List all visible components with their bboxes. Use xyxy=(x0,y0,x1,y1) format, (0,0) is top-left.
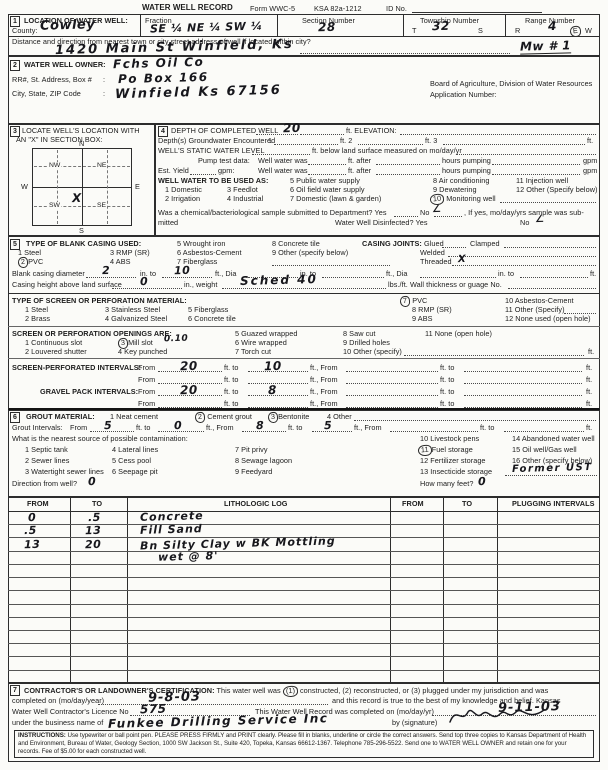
screen-7-circled-number: 7 xyxy=(400,296,411,308)
divider-line xyxy=(140,14,141,36)
dotted-line xyxy=(274,144,338,145)
opening-option-1: 1 Continuous slot xyxy=(25,339,82,347)
use-10-label: Monitoring well xyxy=(446,194,495,203)
colon: : xyxy=(103,76,105,84)
log-header-from: FROM xyxy=(27,500,49,508)
ft-dia-label: ft., Dia xyxy=(386,270,408,278)
grout-option-3: 3Bentonite xyxy=(268,412,309,423)
dotted-line xyxy=(492,164,580,165)
ft-to-label: ft. to xyxy=(440,388,455,396)
contamination-option-14: 14 Abandoned water well xyxy=(512,435,595,443)
wall-thickness-label: lbs./ft. Wall thickness or guage No. xyxy=(388,281,502,289)
dotted-line xyxy=(322,277,384,278)
opening-option-10: 10 Other (specify) xyxy=(343,348,402,356)
ft-label: ft. xyxy=(586,400,592,408)
range-e-label: E xyxy=(570,26,581,37)
ft-label: ft. xyxy=(586,364,592,372)
dotted-line xyxy=(98,704,328,705)
groundwater-1-label: 1 xyxy=(268,137,272,145)
blank-casing-diameter-label: Blank casing diameter xyxy=(12,270,85,278)
static-water-level-tail-label: ft. below land surface measured on mo/da… xyxy=(312,147,462,155)
hours-pumping-label: hours pumping xyxy=(442,157,491,165)
board-of-agriculture-label: Board of Agriculture, Division of Water … xyxy=(430,80,592,88)
disinfected-no-label: No xyxy=(520,219,529,227)
ft-label: ft. xyxy=(590,270,596,278)
dotted-line xyxy=(190,174,216,175)
use-option-5: 5 Public water supply xyxy=(290,177,360,185)
static-water-level-label: WELL'S STATIC WATER LEVEL xyxy=(158,147,265,155)
in-to-label: in. to xyxy=(498,270,514,278)
sample-question-tail-label: , If yes, mo/day/yrs sample was sub- xyxy=(464,209,584,217)
screen-option-5: 5 Fiberglass xyxy=(188,306,228,314)
business-name-label: under the business name of xyxy=(12,719,103,727)
use-option-8: 8 Air conditioning xyxy=(433,177,489,185)
dotted-line xyxy=(420,277,496,278)
contamination-11-circled-number: 11 xyxy=(418,444,433,456)
signature xyxy=(448,704,548,726)
well-id-value: Mw # 1 xyxy=(520,39,571,54)
range-e-circled: E xyxy=(570,26,582,38)
contamination-option-12: 12 Fertilizer storage xyxy=(420,457,486,465)
dotted-line xyxy=(520,277,588,278)
casing-option-6: 6 Asbestos-Cement xyxy=(177,249,242,257)
divider-line xyxy=(403,14,404,36)
dotted-line xyxy=(434,216,462,217)
range-r-label: R xyxy=(515,27,520,35)
ft-to-label: ft. to xyxy=(224,376,239,384)
gravel-interval-from-value: 20 xyxy=(180,384,198,396)
opening-3-label: Mill slot xyxy=(128,338,153,347)
section2-heading: WATER WELL OWNER: xyxy=(24,61,106,69)
table-row-line xyxy=(8,604,600,605)
grout-3-label: Bentonite xyxy=(278,412,309,421)
from-label: From xyxy=(138,388,155,396)
dotted-line xyxy=(308,164,346,165)
gpm-label: gpm xyxy=(583,157,597,165)
dotted-line xyxy=(464,371,582,372)
divider-line xyxy=(505,14,506,36)
direction-from-well-value: 0 xyxy=(88,476,96,487)
dotted-line xyxy=(346,395,438,396)
instructions-line2: and Environment, Bureau of Water, Geolog… xyxy=(18,741,567,748)
instructions-line1-text: Use typewriter or ball point pen. PLEASE… xyxy=(68,732,587,739)
screen-openings-heading: SCREEN OR PERFORATION OPENINGS ARE: xyxy=(12,330,172,338)
dotted-line xyxy=(376,174,440,175)
use-option-7: 7 Domestic (lawn & garden) xyxy=(290,195,381,203)
screen-option-10: 10 Asbestos-Cement xyxy=(505,297,574,305)
table-row-line xyxy=(8,577,600,578)
ksa-number: KSA 82a-1212 xyxy=(314,5,362,13)
contamination-11-label: Fuel storage xyxy=(432,445,473,454)
contamination-option-6: 6 Seepage pit xyxy=(112,468,158,476)
depth-completed-well-value: 20 xyxy=(283,122,301,134)
owner-address-label: RR#, St. Address, Box # xyxy=(12,76,92,84)
instructions-heading: INSTRUCTIONS: xyxy=(18,732,66,739)
sample-question-label: Was a chemical/bacteriological sample su… xyxy=(158,209,387,217)
from-label: From xyxy=(138,400,155,408)
log-row-from: .5 xyxy=(24,525,37,536)
groundwater-3-label: ft. 3 xyxy=(425,137,437,145)
screen-interval-to-value: 10 xyxy=(264,360,282,372)
gravel-interval-to-value: 8 xyxy=(268,384,277,396)
log-row-from: 13 xyxy=(24,539,41,550)
dotted-line xyxy=(248,395,308,396)
use-option-3: 3 Feedlot xyxy=(227,186,258,194)
contamination-option-9: 9 Feedyard xyxy=(235,468,272,476)
county-label: County: xyxy=(12,27,38,35)
dotted-line xyxy=(404,355,584,356)
pump-test-data-label: Pump test data: xyxy=(198,157,250,165)
screen-option-3: 3 Stainless Steel xyxy=(105,306,160,314)
casing-joints-label: CASING JOINTS: Glued xyxy=(362,240,444,248)
township-s-label: S xyxy=(478,27,483,35)
township-t-label: T xyxy=(412,27,417,35)
dotted-line xyxy=(464,395,582,396)
screen-interval-from-value: 20 xyxy=(180,360,198,372)
use-option-4: 4 Industrial xyxy=(227,195,263,203)
ft-label: ft. xyxy=(586,388,592,396)
contamination-option-7: 7 Pit privy xyxy=(235,446,268,454)
ft-label: ft. xyxy=(586,376,592,384)
dotted-line xyxy=(248,383,308,384)
plug-header-to: TO xyxy=(462,500,472,508)
ft-after-label: ft. after xyxy=(348,167,371,175)
dotted-line xyxy=(500,202,596,203)
ft-to-label: ft. to xyxy=(224,400,239,408)
section2-number: 2 xyxy=(10,60,20,71)
dotted-line xyxy=(252,154,310,155)
instructions-line1: INSTRUCTIONS: Use typewriter or ball poi… xyxy=(18,733,586,740)
casing-option-9: 9 Other (specify below) xyxy=(272,249,348,257)
from-label: From xyxy=(138,376,155,384)
owner-address-value: Po Box 166 xyxy=(118,71,209,85)
use-option-11: 11 Injection well xyxy=(516,177,568,185)
ft-from-label: ft., From xyxy=(206,424,234,432)
casing-diameter-value: 2 xyxy=(102,265,110,276)
compass-w-label: W xyxy=(21,183,28,191)
glued-label: Glued xyxy=(424,239,444,248)
divider-line xyxy=(8,293,600,294)
how-many-feet-label: How many feet? xyxy=(420,480,473,488)
how-many-feet-value: 0 xyxy=(478,476,486,487)
divider-line xyxy=(277,14,278,36)
opening-option-6: 6 Wire wrapped xyxy=(235,339,287,347)
opening-option-4: 4 Key punched xyxy=(118,348,167,356)
colon: : xyxy=(103,90,105,98)
quadrant-se-label: SE xyxy=(96,202,107,209)
opening-option-5: 5 Guazed wrapped xyxy=(235,330,297,338)
dotted-line xyxy=(504,247,596,248)
table-row-line xyxy=(8,656,600,657)
licence-number-value: 575 xyxy=(140,703,167,716)
dotted-line xyxy=(300,53,510,54)
dotted-line xyxy=(300,134,344,135)
clamped-label: Clamped xyxy=(470,240,500,248)
ft-from-label: ft., From xyxy=(310,364,338,372)
fraction-value: SE ¼ NE ¼ SW ¼ xyxy=(150,21,263,35)
grout-interval2-from-value: 8 xyxy=(256,420,264,431)
owner-city-label: City, State, ZIP Code xyxy=(12,90,81,98)
slot-size-value: 0.10 xyxy=(164,335,188,345)
grout-option-1: 1 Neat cement xyxy=(110,413,158,421)
completed-on-label: completed on (mo/day/year) xyxy=(12,697,104,705)
compass-n-label: N xyxy=(79,140,84,148)
disinfected-no-mark: ∠ xyxy=(535,215,545,225)
id-no-blank-line xyxy=(412,12,542,13)
grout-2-circled-number: 2 xyxy=(195,412,206,424)
use-option-2: 2 Irrigation xyxy=(165,195,200,203)
casing-weight-value: Sched 40 xyxy=(240,273,318,287)
form-number: Form WWC-5 xyxy=(250,5,295,13)
ft-after-label: ft. after xyxy=(348,157,371,165)
contamination-question-label: What is the nearest source of possible c… xyxy=(12,435,188,443)
screen-option-8: 8 RMP (SR) xyxy=(412,306,452,314)
use-option-12: 12 Other (Specify below) xyxy=(516,186,598,194)
elevation-label: ft. ELEVATION: xyxy=(346,127,397,135)
direction-from-well-label: Direction from well? xyxy=(12,480,77,488)
contamination-option-10: 10 Livestock pens xyxy=(420,435,479,443)
contamination-option-15: 15 Oil well/Gas well xyxy=(512,446,577,454)
casing-height-label: Casing height above land surface xyxy=(12,281,122,289)
casing-joints-heading: CASING JOINTS: xyxy=(362,239,422,248)
dotted-line xyxy=(158,407,222,408)
well-water-was-label: Well water was xyxy=(258,167,308,175)
ft-dia-label: ft., Dia xyxy=(215,270,237,278)
grout-material-heading: GROUT MATERIAL: xyxy=(26,413,95,421)
divider-line xyxy=(8,326,600,327)
grid-center-horizontal-line xyxy=(32,187,132,188)
use-option-6: 6 Oil field water supply xyxy=(290,186,365,194)
dotted-line xyxy=(86,277,136,278)
dotted-line xyxy=(346,407,438,408)
screen-material-heading: TYPE OF SCREEN OR PERFORATION MATERIAL: xyxy=(12,297,187,305)
table-row-line xyxy=(8,643,600,644)
dotted-line xyxy=(442,247,466,248)
dotted-line xyxy=(508,288,596,289)
ft-from-label: ft., From xyxy=(354,424,382,432)
quadrant-ne-label: NE xyxy=(96,162,107,169)
grout-interval2-to-value: 5 xyxy=(324,420,332,431)
screen-option-1: 1 Steel xyxy=(25,306,48,314)
screen-option-6: 6 Concrete tile xyxy=(188,315,236,323)
groundwater-encountered-label: Depth(s) Groundwater Encountered xyxy=(158,137,275,145)
table-row-line xyxy=(8,670,600,671)
contamination-option-1: 1 Septic tank xyxy=(25,446,68,454)
casing-option-2: 2PVC xyxy=(18,257,43,268)
gpm-label: gpm xyxy=(583,167,597,175)
sample-question-wrap-label: mitted xyxy=(158,219,178,227)
log-row-to: 13 xyxy=(85,525,102,536)
compass-e-label: E xyxy=(135,183,140,191)
casing-option-1: 1 Steel xyxy=(18,249,41,257)
use-option-1: 1 Domestic xyxy=(165,186,202,194)
dotted-line xyxy=(222,288,386,289)
contamination-other-value: Former UST xyxy=(512,463,593,475)
dotted-line xyxy=(452,265,596,266)
screen-option-2: 2 Brass xyxy=(25,315,50,323)
opening-option-9: 9 Drilled holes xyxy=(343,339,390,347)
certification-line1b: constructed, (2) reconstructed, or (3) p… xyxy=(300,686,548,695)
dotted-line xyxy=(400,134,596,135)
form-title: WATER WELL RECORD xyxy=(142,4,233,13)
screen-option-11: 11 Other (Specify) xyxy=(505,306,565,314)
range-w-label: W xyxy=(585,27,592,35)
gpm-colon-label: gpm: xyxy=(218,167,234,175)
opening-option-8: 8 Saw cut xyxy=(343,330,376,338)
ft-from-label: ft., From xyxy=(310,400,338,408)
log-row-to: .5 xyxy=(88,512,101,523)
log-header-lithologic: LITHOLOGIC LOG xyxy=(224,500,288,508)
by-signature-label: by (signature) xyxy=(392,719,437,727)
sample-no-mark: ∠ xyxy=(432,205,442,215)
owner-value: Fchs Oil Co xyxy=(113,56,205,70)
dotted-line xyxy=(272,265,390,266)
log-row-from: 0 xyxy=(28,512,36,523)
casing-2-label: PVC xyxy=(28,257,43,266)
dotted-line xyxy=(394,216,418,217)
id-no-label: ID No. xyxy=(386,5,407,13)
table-row-line xyxy=(8,630,600,631)
ft-to-label: ft. to xyxy=(440,376,455,384)
ft-from-label: ft., From xyxy=(310,376,338,384)
certification-line1a: This water well was xyxy=(217,686,281,695)
casing-option-5: 5 Wrought iron xyxy=(177,240,225,248)
threaded-x-mark: X xyxy=(458,255,466,265)
dotted-line xyxy=(376,164,440,165)
grout-interval1-from-value: 5 xyxy=(104,420,112,431)
well-water-was-label: Well water was xyxy=(258,157,308,165)
quadrant-nw-label: NW xyxy=(48,162,61,169)
dotted-line xyxy=(456,154,596,155)
ft-to-label: ft. to xyxy=(224,388,239,396)
grout-interval1-to-value: 0 xyxy=(174,420,182,431)
dotted-line xyxy=(492,174,580,175)
contamination-option-11: 11Fuel storage xyxy=(418,445,473,456)
opening-option-2: 2 Louvered shutter xyxy=(25,348,87,356)
in-weight-label: in., weight xyxy=(184,281,217,289)
dotted-line xyxy=(464,407,582,408)
screen-7-label: PVC xyxy=(412,296,427,305)
ft-to-label: ft. to xyxy=(480,424,495,432)
blank-casing-heading: TYPE OF BLANK CASING USED: xyxy=(26,240,141,248)
dotted-line xyxy=(504,431,584,432)
section7-number: 7 xyxy=(10,685,20,696)
opening-option-11: 11 None (open hole) xyxy=(425,330,492,338)
screen-option-9: 9 ABS xyxy=(412,315,433,323)
casing-option-4: 4 ABS xyxy=(110,258,131,266)
dotted-line xyxy=(354,420,596,421)
ft-to-label: ft. to xyxy=(288,424,303,432)
dotted-line xyxy=(308,174,346,175)
quadrant-sw-label: SW xyxy=(48,202,61,209)
opening-option-7: 7 Torch cut xyxy=(235,348,271,356)
ft-from-label: ft., From xyxy=(310,388,338,396)
county-value: Cowley xyxy=(40,18,96,32)
casing-option-8: 8 Concrete tile xyxy=(272,240,320,248)
dotted-line xyxy=(390,431,478,432)
disinfected-question-label: Water Well Disinfected? Yes xyxy=(335,219,428,227)
plug-header-from: FROM xyxy=(402,500,424,508)
application-number-label: Application Number: xyxy=(430,91,497,99)
township-value: 32 xyxy=(432,20,450,32)
ft-label: ft. xyxy=(586,424,592,432)
log-row-description: Concrete xyxy=(140,510,204,523)
contamination-option-5: 5 Cess pool xyxy=(112,457,151,465)
ft-label: ft. xyxy=(588,348,594,356)
contamination-option-4: 4 Lateral lines xyxy=(112,446,158,454)
dotted-line xyxy=(346,371,438,372)
welded-label: Welded xyxy=(420,249,445,257)
instructions-line3: records. Fee of $5.00 for each construct… xyxy=(18,749,146,756)
divider-line xyxy=(8,358,600,359)
gravel-pack-intervals-heading: GRAVEL PACK INTERVALS: xyxy=(40,388,138,396)
groundwater-2-label: ft. 2 xyxy=(340,137,352,145)
from-label: From xyxy=(138,364,155,372)
casing-height-value: 0 xyxy=(140,276,148,287)
log-header-plugging: PLUGGING INTERVALS xyxy=(512,500,595,508)
screen-perforated-intervals-heading: SCREEN-PERFORATED INTERVALS: xyxy=(12,364,141,372)
water-well-record-form: WATER WELL RECORD Form WWC-5 KSA 82a-121… xyxy=(0,0,608,770)
contamination-option-2: 2 Sewer lines xyxy=(25,457,69,465)
well-water-used-as-heading: WELL WATER TO BE USED AS: xyxy=(158,177,268,185)
table-row-line xyxy=(8,617,600,618)
section-number-value: 28 xyxy=(318,21,336,33)
grout-2-label: Cement grout xyxy=(207,412,252,421)
contamination-option-8: 8 Sewage lagoon xyxy=(235,457,292,465)
constructed-circled-number: (1) xyxy=(282,685,298,697)
log-row-to: 20 xyxy=(85,539,102,550)
grout-3-circled-number: 3 xyxy=(268,412,279,424)
dotted-line xyxy=(358,144,423,145)
screen-option-4: 4 Galvanized Steel xyxy=(105,315,167,323)
dotted-line xyxy=(248,407,308,408)
range-value: 4 xyxy=(548,20,557,32)
grout-intervals-label: Grout Intervals: xyxy=(12,424,63,432)
screen-option-12: 12 None used (open hole) xyxy=(505,315,591,323)
dotted-line xyxy=(448,256,596,257)
table-row-line xyxy=(8,590,600,591)
ft-to-label: ft. to xyxy=(440,400,455,408)
casing-option-3: 3 RMP (SR) xyxy=(110,249,150,257)
well-location-x-mark: X xyxy=(72,192,82,204)
casing-depth-value: 10 xyxy=(174,265,191,276)
compass-s-label: S xyxy=(79,227,84,235)
from-label: From xyxy=(70,424,87,432)
threaded-label: Threaded xyxy=(420,258,452,266)
table-row-line xyxy=(8,551,600,552)
section3-heading-line1: LOCATE WELL'S LOCATION WITH xyxy=(22,127,140,135)
dotted-line xyxy=(112,288,182,289)
log-row-description: wet @ 8' xyxy=(158,550,219,563)
log-header-to: TO xyxy=(92,500,102,508)
grout-option-2: 2 Cement grout xyxy=(195,412,252,423)
sample-no-label: No xyxy=(420,209,429,217)
casing-2-circled-number: 2 xyxy=(18,257,29,269)
dotted-line xyxy=(505,475,597,476)
est-yield-label: Est. Yield xyxy=(158,167,189,175)
hours-pumping-label: hours pumping xyxy=(442,167,491,175)
section6-number: 6 xyxy=(10,412,20,423)
dotted-line xyxy=(443,144,585,145)
licence-number-label: Water Well Contractor's Licence No xyxy=(12,708,129,716)
dotted-line xyxy=(346,383,438,384)
ft-to-label: ft. to xyxy=(136,424,151,432)
ft-to-label: ft. to xyxy=(224,364,239,372)
ft-to-label: ft. to xyxy=(440,364,455,372)
ft-label: ft. xyxy=(587,137,593,145)
dotted-line xyxy=(162,277,212,278)
log-row-description: Fill Sand xyxy=(140,523,203,536)
